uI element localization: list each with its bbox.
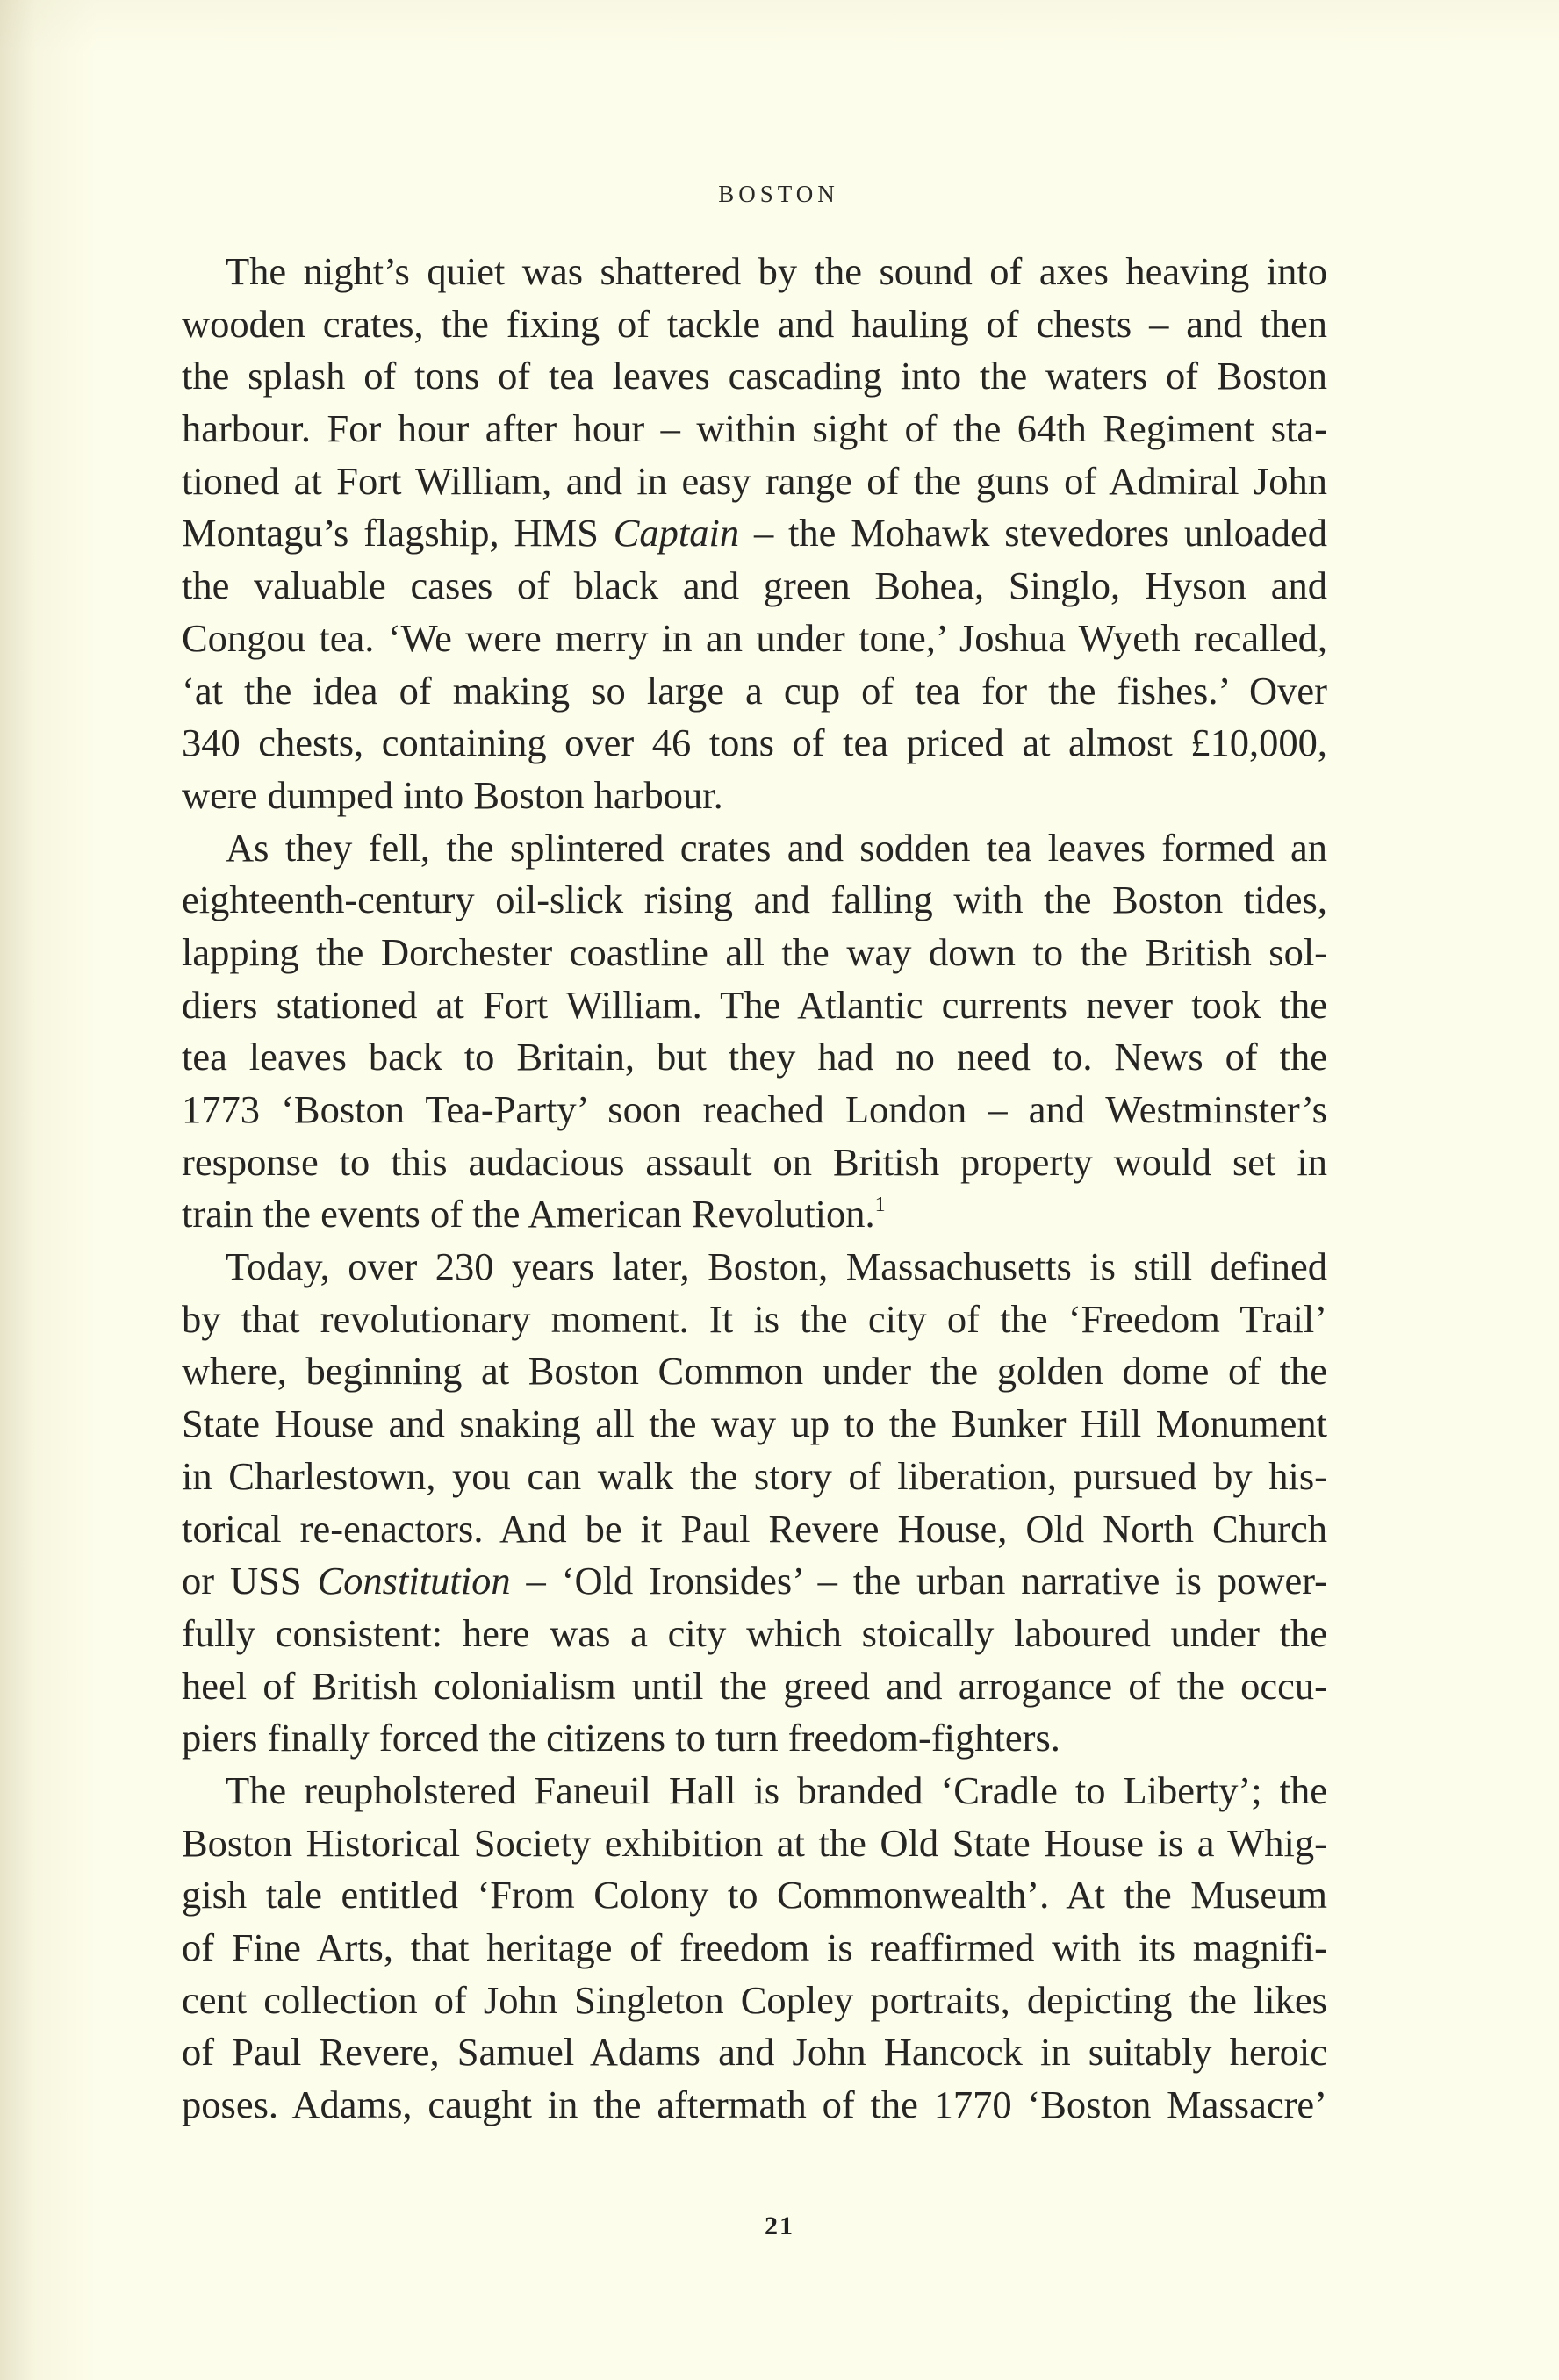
text-line: Montagu’s flagship, HMS Captain – the Mo… [182, 507, 1327, 560]
text-line-content: response to this audacious assault on Br… [182, 1136, 1327, 1189]
text-line-content: Congou tea. ‘We were merry in an under t… [182, 613, 1327, 665]
footnote-marker[interactable]: 1 [875, 1194, 886, 1216]
text-line-content: torical re-enactors. And be it Paul Reve… [182, 1503, 1327, 1556]
text-line-content: cent collection of John Singleton Copley… [182, 1975, 1327, 2027]
text-line: The night’s quiet was shattered by the s… [182, 246, 1327, 298]
text-line: 1773 ‘Boston Tea-Party’ soon reached Lon… [182, 1084, 1327, 1136]
text-line: in Charlestown, you can walk the story o… [182, 1451, 1327, 1503]
text-line: gish tale entitled ‘From Colony to Commo… [182, 1869, 1327, 1922]
text-line-content: tea leaves back to Britain, but they had… [182, 1031, 1327, 1084]
text-line: poses. Adams, caught in the aftermath of… [182, 2079, 1327, 2132]
text-line: harbour. For hour after hour – within si… [182, 403, 1327, 455]
text-line: or USS Constitution – ‘Old Ironsides’ – … [182, 1555, 1327, 1608]
text-line-content: gish tale entitled ‘From Colony to Commo… [182, 1869, 1327, 1922]
text-line: train the events of the American Revolut… [182, 1188, 1327, 1241]
text-line-content: the valuable cases of black and green Bo… [182, 560, 1327, 613]
text-line-content: by that revolutionary moment. It is the … [182, 1294, 1327, 1346]
text-line: eighteenth-century oil-slick rising and … [182, 874, 1327, 927]
text-line: the splash of tons of tea leaves cascadi… [182, 350, 1327, 403]
text-line: where, beginning at Boston Common under … [182, 1345, 1327, 1398]
text-line-content: in Charlestown, you can walk the story o… [182, 1451, 1327, 1503]
text-line-content: wooden crates, the fixing of tackle and … [182, 298, 1327, 351]
text-line: of Paul Revere, Samuel Adams and John Ha… [182, 2026, 1327, 2079]
text-line: cent collection of John Singleton Copley… [182, 1975, 1327, 2027]
text-line-content: As they fell, the splintered crates and … [226, 822, 1327, 875]
text-line: diers stationed at Fort William. The Atl… [182, 979, 1327, 1032]
text-line: As they fell, the splintered crates and … [182, 822, 1327, 875]
book-page: BOSTON The night’s quiet was shattered b… [0, 0, 1559, 2380]
text-line-content: The night’s quiet was shattered by the s… [226, 246, 1327, 298]
text-line: fully consistent: here was a city which … [182, 1608, 1327, 1660]
text-line-content: State House and snaking all the way up t… [182, 1398, 1327, 1451]
text-line-content: poses. Adams, caught in the aftermath of… [182, 2079, 1327, 2132]
text-line-content: heel of British colonialism until the gr… [182, 1660, 1327, 1713]
paragraph: The reupholstered Faneuil Hall is brande… [182, 1765, 1327, 2132]
text-line: torical re-enactors. And be it Paul Reve… [182, 1503, 1327, 1556]
text-line-content: The reupholstered Faneuil Hall is brande… [226, 1765, 1327, 1817]
text-line-content: fully consistent: here was a city which … [182, 1608, 1327, 1660]
text-line: The reupholstered Faneuil Hall is brande… [182, 1765, 1327, 1817]
text-line-content: ‘at the idea of making so large a cup of… [182, 665, 1327, 718]
text-line-content: where, beginning at Boston Common under … [182, 1345, 1327, 1398]
page-number: 21 [0, 2212, 1559, 2241]
body-text: The night’s quiet was shattered by the s… [182, 246, 1327, 2132]
running-head-text: BOSTON [718, 181, 839, 207]
text-line: lapping the Dorchester coastline all the… [182, 927, 1327, 979]
text-line-content: tioned at Fort William, and in easy rang… [182, 455, 1327, 508]
text-line: tea leaves back to Britain, but they had… [182, 1031, 1327, 1084]
text-line-content: 1773 ‘Boston Tea-Party’ soon reached Lon… [182, 1084, 1327, 1136]
text-line-content: Montagu’s flagship, HMS Captain – the Mo… [182, 507, 1327, 560]
text-line-content: Today, over 230 years later, Boston, Mas… [226, 1241, 1327, 1294]
text-line: the valuable cases of black and green Bo… [182, 560, 1327, 613]
text-line-content: lapping the Dorchester coastline all the… [182, 927, 1327, 979]
text-line: of Fine Arts, that heritage of freedom i… [182, 1922, 1327, 1975]
text-line-content: 340 chests, containing over 46 tons of t… [182, 717, 1327, 770]
italic-title: Constitution [318, 1559, 511, 1602]
paragraph: As they fell, the splintered crates and … [182, 822, 1327, 1242]
text-line: response to this audacious assault on Br… [182, 1136, 1327, 1189]
text-line: ‘at the idea of making so large a cup of… [182, 665, 1327, 718]
text-line-content: of Paul Revere, Samuel Adams and John Ha… [182, 2026, 1327, 2079]
text-line-content: train the events of the American Revolut… [182, 1188, 1327, 1241]
text-line-content: or USS Constitution – ‘Old Ironsides’ – … [182, 1555, 1327, 1608]
text-line: heel of British colonialism until the gr… [182, 1660, 1327, 1713]
text-line-content: piers finally forced the citizens to tur… [182, 1712, 1327, 1765]
text-line: were dumped into Boston harbour. [182, 770, 1327, 822]
text-line-content: the splash of tons of tea leaves cascadi… [182, 350, 1327, 403]
text-line: Congou tea. ‘We were merry in an under t… [182, 613, 1327, 665]
text-line-content: harbour. For hour after hour – within si… [182, 403, 1327, 455]
text-line: tioned at Fort William, and in easy rang… [182, 455, 1327, 508]
text-line: piers finally forced the citizens to tur… [182, 1712, 1327, 1765]
text-line-content: eighteenth-century oil-slick rising and … [182, 874, 1327, 927]
paragraph: The night’s quiet was shattered by the s… [182, 246, 1327, 822]
paragraph: Today, over 230 years later, Boston, Mas… [182, 1241, 1327, 1765]
text-line: wooden crates, the fixing of tackle and … [182, 298, 1327, 351]
text-line: State House and snaking all the way up t… [182, 1398, 1327, 1451]
text-line: Boston Historical Society exhibition at … [182, 1817, 1327, 1870]
text-line-content: diers stationed at Fort William. The Atl… [182, 979, 1327, 1032]
italic-title: Captain [614, 511, 739, 555]
text-line: by that revolutionary moment. It is the … [182, 1294, 1327, 1346]
text-line: Today, over 230 years later, Boston, Mas… [182, 1241, 1327, 1294]
text-line-content: of Fine Arts, that heritage of freedom i… [182, 1922, 1327, 1975]
text-line-content: Boston Historical Society exhibition at … [182, 1817, 1327, 1870]
text-line: 340 chests, containing over 46 tons of t… [182, 717, 1327, 770]
running-head: BOSTON [0, 181, 1559, 207]
text-line-content: were dumped into Boston harbour. [182, 770, 1327, 822]
